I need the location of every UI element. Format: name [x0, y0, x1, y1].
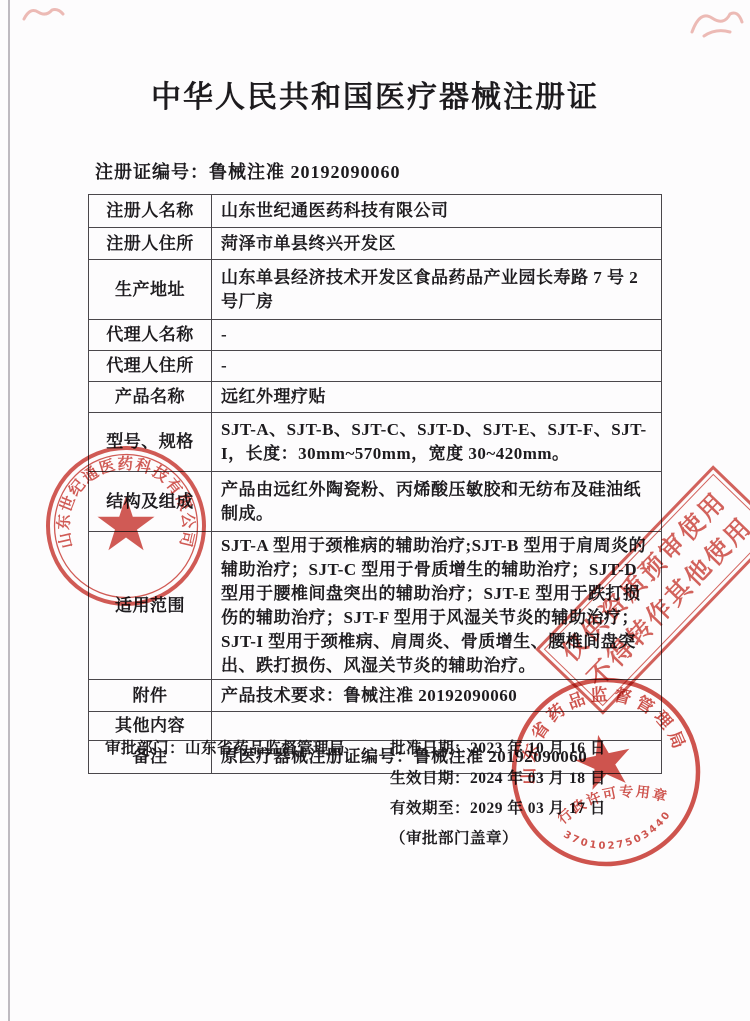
field-value: 产品由远红外陶瓷粉、丙烯酸压敏胶和无纺布及硅油纸制成。: [212, 472, 662, 532]
field-label: 附件: [89, 680, 212, 712]
field-label: 注册人名称: [89, 195, 212, 228]
valid-until-date: 有效期至：2029 年 03 月 17 日: [390, 796, 606, 818]
certificate-page: 中华人民共和国医疗器械注册证 注册证编号：鲁械注准 20192090060 注册…: [0, 0, 750, 1021]
page-title: 中华人民共和国医疗器械注册证: [0, 72, 750, 116]
table-row: 注册人名称 山东世纪通医药科技有限公司: [89, 195, 662, 228]
approval-date: 批准日期：2023 年 10 月 16 日: [390, 736, 606, 758]
approval-department: 审批部门：山东省药品监督管理局: [105, 736, 345, 758]
red-scribble-mark-icon: [686, 2, 746, 44]
field-value: 山东单县经济技术开发区食品药品产业园长寿路 7 号 2 号厂房: [212, 260, 662, 320]
table-row: 结构及组成 产品由远红外陶瓷粉、丙烯酸压敏胶和无纺布及硅油纸制成。: [89, 472, 662, 532]
registration-number-line: 注册证编号：鲁械注准 20192090060: [95, 158, 401, 184]
table-row: 型号、规格 SJT-A、SJT-B、SJT-C、SJT-D、SJT-E、SJT-…: [89, 413, 662, 472]
table-row: 适用范围 SJT-A 型用于颈椎病的辅助治疗;SJT-B 型用于肩周炎的辅助治疗…: [89, 532, 662, 680]
field-value: 菏泽市单县终兴开发区: [212, 228, 662, 260]
certificate-table: 注册人名称 山东世纪通医药科技有限公司 注册人住所 菏泽市单县终兴开发区 生产地…: [88, 194, 662, 774]
red-scribble-mark-icon: [20, 3, 66, 25]
field-label: 注册人住所: [89, 228, 212, 260]
field-value: SJT-A、SJT-B、SJT-C、SJT-D、SJT-E、SJT-F、SJT-…: [212, 413, 662, 472]
scan-edge-shadow: [8, 0, 10, 1021]
field-value: 山东世纪通医药科技有限公司: [212, 195, 662, 228]
field-label: 产品名称: [89, 382, 212, 413]
field-label: 适用范围: [89, 532, 212, 680]
table-row: 产品名称 远红外理疗贴: [89, 382, 662, 413]
effective-date: 生效日期：2024 年 03 月 18 日: [390, 766, 606, 788]
field-value: -: [212, 320, 662, 351]
table-row: 注册人住所 菏泽市单县终兴开发区: [89, 228, 662, 260]
table-row: 代理人住所 -: [89, 351, 662, 382]
field-label: 型号、规格: [89, 413, 212, 472]
field-label: 生产地址: [89, 260, 212, 320]
seal-note: （审批部门盖章）: [390, 826, 518, 848]
field-label: 代理人名称: [89, 320, 212, 351]
field-label: 结构及组成: [89, 472, 212, 532]
field-value: -: [212, 351, 662, 382]
field-value: 产品技术要求：鲁械注准 20192090060: [212, 680, 662, 712]
field-label: 代理人住所: [89, 351, 212, 382]
table-row: 生产地址 山东单县经济技术开发区食品药品产业园长寿路 7 号 2 号厂房: [89, 260, 662, 320]
field-value: 远红外理疗贴: [212, 382, 662, 413]
table-row: 附件 产品技术要求：鲁械注准 20192090060: [89, 680, 662, 712]
field-value: SJT-A 型用于颈椎病的辅助治疗;SJT-B 型用于肩周炎的辅助治疗；SJT-…: [212, 532, 662, 680]
table-row: 代理人名称 -: [89, 320, 662, 351]
